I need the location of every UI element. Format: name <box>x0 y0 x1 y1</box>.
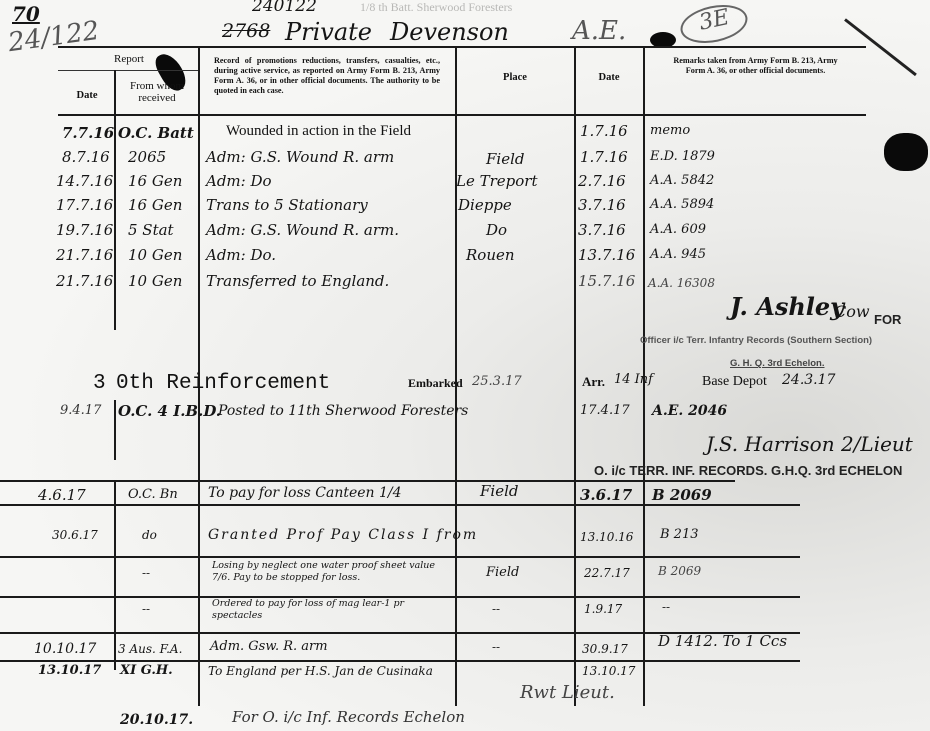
header-date2: Date <box>577 72 641 84</box>
header-report: Report <box>60 53 198 65</box>
surname: Devenson <box>390 18 509 46</box>
circled-annotation: 3E <box>677 0 751 49</box>
casualty-form-scan: 1/8 th Batt. Sherwood Foresters 70 24/12… <box>0 0 930 731</box>
footer-signature: Rwt Lieut. <box>520 682 615 703</box>
col-line-date-lower <box>114 400 116 460</box>
corner-annotation-number: 70 <box>12 2 40 26</box>
header-bottom-rule <box>58 114 866 116</box>
col-line-date <box>114 70 116 330</box>
footer-note: For O. i/c Inf. Records Echelon <box>232 708 465 726</box>
rank: Private <box>285 18 372 46</box>
header-top-rule <box>58 46 866 48</box>
lieut-signature: J.S. Harrison 2/Lieut <box>706 432 913 456</box>
col-line-place <box>574 46 576 706</box>
top-faint-header: 1/8 th Batt. Sherwood Foresters <box>360 0 512 15</box>
header-record: Record of promotions reductions, transfe… <box>214 56 440 96</box>
header-remarks: Remarks taken from Army Form B. 213, Arm… <box>668 56 843 76</box>
struck-regimental-number: 2768 <box>222 20 270 42</box>
row-rule <box>0 556 800 558</box>
officer-signature: J. Ashley <box>730 292 844 321</box>
report-group-rule <box>58 70 198 71</box>
header-place: Place <box>458 72 572 84</box>
header-from-whom: From whom received <box>118 80 196 104</box>
col-line-date-lower2 <box>114 480 116 670</box>
new-regimental-number: 240122 <box>252 0 317 16</box>
reinforcement-title: 0th Reinforcement <box>116 372 330 395</box>
row-rule <box>0 504 800 506</box>
initials: A.E. <box>572 16 626 46</box>
ink-blot <box>884 133 928 171</box>
header-date: Date <box>60 90 114 102</box>
row-rule <box>0 480 735 482</box>
footer-date: 20.10.17. <box>120 712 193 728</box>
